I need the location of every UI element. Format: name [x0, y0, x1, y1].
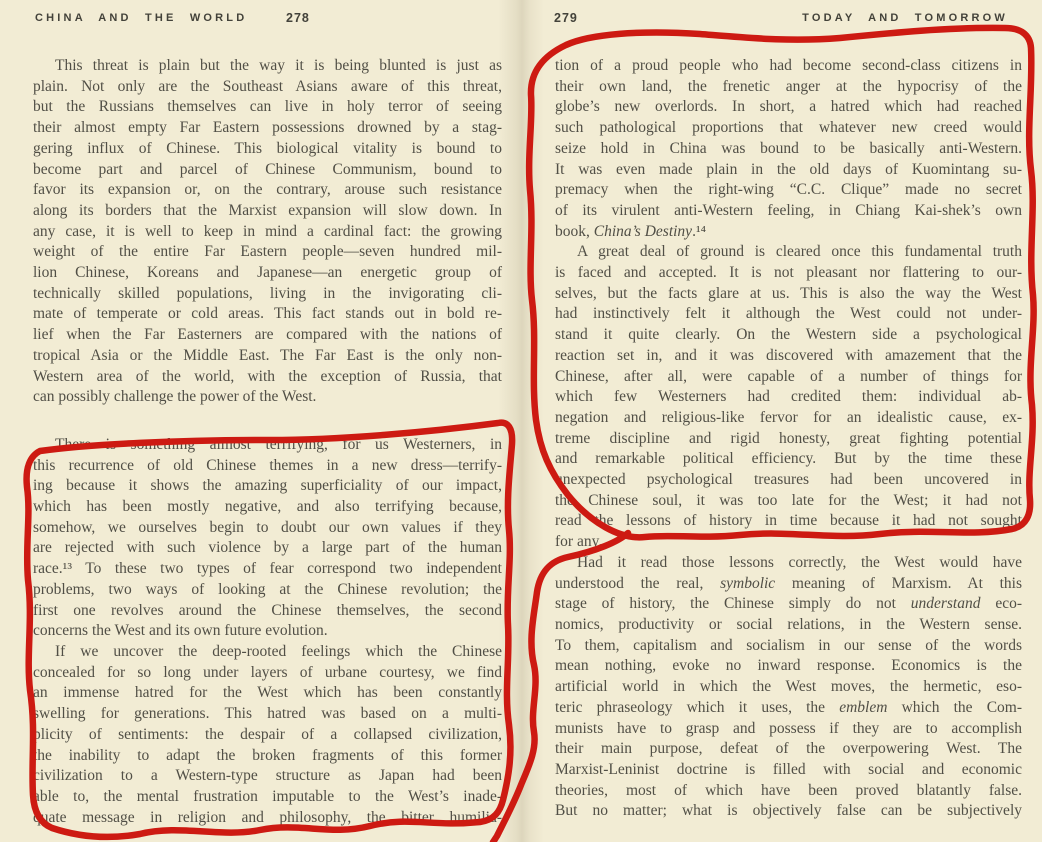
paragraph: If we uncover the deep-rooted feelings w…	[33, 642, 502, 828]
text-line: somehow, we ourselves begin to doubt our…	[33, 518, 502, 539]
text-line: for any.	[555, 532, 1022, 553]
left-page-text-column: This threat is plain but the way it is b…	[33, 56, 502, 828]
text-line: stand it quite clearly. On the Western s…	[555, 325, 1022, 346]
text-line: their own land, the frenetic anger at th…	[555, 77, 1022, 98]
text-line: selves, but the facts glare at us. This …	[555, 284, 1022, 305]
text-line: It was even made plain in the old days o…	[555, 160, 1022, 181]
paragraph: tion of a proud people who had become se…	[555, 56, 1022, 242]
text-line: lief when the Far Easterners are compare…	[33, 325, 502, 346]
paragraph: This threat is plain but the way it is b…	[33, 56, 502, 408]
text-line: which has been mostly negative, and also…	[33, 497, 502, 518]
text-line: theories, most of which have been proved…	[555, 781, 1022, 802]
text-line: lion Chinese, Koreans and Japanese—an en…	[33, 263, 502, 284]
text-line: ing because it shows the amazing superfi…	[33, 476, 502, 497]
text-line: civilization to a Western-type structure…	[33, 766, 502, 787]
text-line: quate message in religion and philosophy…	[33, 808, 502, 829]
text-line: such pathological proportions that whate…	[555, 118, 1022, 139]
text-line: tropical Asia or the Middle East. The Fa…	[33, 346, 502, 367]
text-line: book, China’s Destiny.¹⁴	[555, 222, 1022, 243]
text-line: is faced and accepted. It is not pleasan…	[555, 263, 1022, 284]
text-line: understood the real, symbolic meaning of…	[555, 574, 1022, 595]
text-line: mate of temperate or cold areas. This fa…	[33, 304, 502, 325]
text-line: concealed for so long under layers of ur…	[33, 663, 502, 684]
text-line: nomics, productivity or social relations…	[555, 615, 1022, 636]
left-running-head-title: CHINA AND THE WORLD	[35, 12, 247, 28]
text-line: first one revolves around the Chinese th…	[33, 601, 502, 622]
text-line: teric phraseology which it uses, the emb…	[555, 698, 1022, 719]
text-line: favor its expansion or, on the contrary,…	[33, 180, 502, 201]
text-line: weight of the entire Far Eastern people—…	[33, 242, 502, 263]
text-line: swelling for generations. This hatred wa…	[33, 704, 502, 725]
text-line: A great deal of ground is cleared once t…	[555, 242, 1022, 263]
text-line: but the Russians themselves can live in …	[33, 97, 502, 118]
text-line: of its virulent anti-Western feeling, in…	[555, 201, 1022, 222]
text-line: can possibly challenge the power of the …	[33, 387, 502, 408]
text-line: mean nothing, evoke no inward response. …	[555, 656, 1022, 677]
text-line: To them, capitalism and socialism in our…	[555, 636, 1022, 657]
left-page-number: 278	[286, 11, 310, 25]
text-line: able to, the mental frustration imputabl…	[33, 787, 502, 808]
text-line: which few Westerners had credited them: …	[555, 387, 1022, 408]
text-line: munists have to grasp and possess if the…	[555, 719, 1022, 740]
paragraph: Had it read those lessons correctly, the…	[555, 553, 1022, 822]
text-line: read the lessons of history in time beca…	[555, 511, 1022, 532]
text-line: their main purpose, defeat of the overpo…	[555, 739, 1022, 760]
text-line: technically skilled populations, living …	[33, 284, 502, 305]
text-line: problems, two ways of looking at the Chi…	[33, 580, 502, 601]
text-line: premacy when the right-wing “C.C. Clique…	[555, 180, 1022, 201]
text-line: reaction set in, and it was discovered w…	[555, 346, 1022, 367]
text-line: Had it read those lessons correctly, the…	[555, 553, 1022, 574]
text-line: the inability to adapt the broken fragme…	[33, 746, 502, 767]
text-line: negation and religious-like fervor for a…	[555, 408, 1022, 429]
text-line: their almost empty Far Eastern possessio…	[33, 118, 502, 139]
text-line: plicity of sentiments: the despair of a …	[33, 725, 502, 746]
text-line: artificial world in which the West moves…	[555, 677, 1022, 698]
book-scan: CHINA AND THE WORLD 278 This threat is p…	[0, 0, 1042, 842]
text-line: Chinese, after all, were capable of a nu…	[555, 367, 1022, 388]
text-line: seize hold in China was bound to be basi…	[555, 139, 1022, 160]
text-line: treme discipline and rigid honesty, grea…	[555, 429, 1022, 450]
text-line: unexpected psychological treasures had b…	[555, 470, 1022, 491]
text-line: globe’s new overlords. In short, a hatre…	[555, 97, 1022, 118]
right-running-head-title: TODAY AND TOMORROW	[802, 12, 1008, 28]
text-line: If we uncover the deep-rooted feelings w…	[33, 642, 502, 663]
paragraph: There is something almost terrifying, fo…	[33, 435, 502, 642]
paragraph: A great deal of ground is cleared once t…	[555, 242, 1022, 553]
text-line: But no matter; what is objectively false…	[555, 801, 1022, 822]
text-line: any case, it is well to keep in mind a c…	[33, 222, 502, 243]
text-line: had instinctively felt it although the W…	[555, 304, 1022, 325]
text-line: stage of history, the Chinese simply do …	[555, 594, 1022, 615]
page-gutter-shadow	[498, 0, 544, 842]
text-line: race.¹³ To these two types of fear corre…	[33, 559, 502, 580]
text-line: an immense hatred for the West which has…	[33, 683, 502, 704]
text-line: Marxist-Leninist doctrine is filled with…	[555, 760, 1022, 781]
text-line: Western area of the world, with the exce…	[33, 367, 502, 388]
text-line: concerns the West and its own future evo…	[33, 621, 502, 642]
text-line: become part and parcel of Chinese Commun…	[33, 160, 502, 181]
right-page-text-column: tion of a proud people who had become se…	[555, 56, 1022, 822]
text-line: the Chinese soul, it was too late for th…	[555, 491, 1022, 512]
text-line: this recurrence of old Chinese themes in…	[33, 456, 502, 477]
text-line: tion of a proud people who had become se…	[555, 56, 1022, 77]
right-page-number: 279	[554, 11, 578, 25]
text-line: along its borders that the Marxist expan…	[33, 201, 502, 222]
text-line: and remarkable political efficiency. But…	[555, 449, 1022, 470]
text-line: There is something almost terrifying, fo…	[33, 435, 502, 456]
text-line: are rejected with such violence by a lar…	[33, 538, 502, 559]
text-line: gering influx of Chinese. This biologica…	[33, 139, 502, 160]
text-line: plain. Not only are the Southeast Asians…	[33, 77, 502, 98]
text-line: This threat is plain but the way it is b…	[33, 56, 502, 77]
